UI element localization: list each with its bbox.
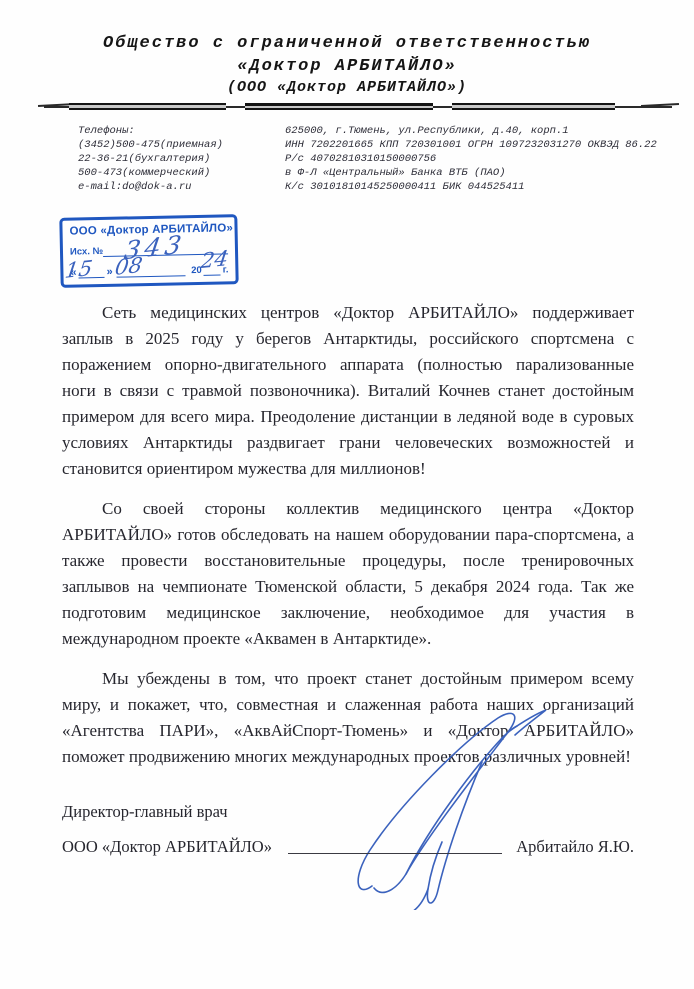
settlement-account: Р/с 40702810310150000756	[285, 152, 685, 166]
email: e-mail:do@dok-a.ru	[78, 180, 285, 194]
paragraph-1: Сеть медицинских центров «Доктор АРБИТАЙ…	[62, 300, 634, 482]
stamp-quote-close: »	[106, 266, 112, 278]
signer-org: ООО «Доктор АРБИТАЙЛО»	[62, 837, 272, 857]
handwritten-year: 24	[199, 246, 230, 273]
letter-page: Общество с ограниченной ответственностью…	[0, 0, 694, 989]
corr-account-bik: К/с 30101810145250000411 БИК 044525411	[285, 180, 685, 194]
phone-accounting: 22-36-21(бухгалтерия)	[78, 152, 285, 166]
phones-column: Телефоны: (3452)500-475(приемная) 22-36-…	[78, 124, 285, 194]
company-short-name: (ООО «Доктор АРБИТАЙЛО»)	[0, 79, 694, 96]
signature-line	[288, 840, 502, 854]
handwritten-day: 15	[63, 256, 94, 283]
inn-kpp-ogrn: ИНН 7202201665 КПП 720301001 ОГРН 109723…	[285, 138, 685, 152]
letterhead: Общество с ограниченной ответственностью…	[0, 0, 694, 96]
company-name: «Доктор АРБИТАЙЛО»	[0, 57, 694, 76]
paragraph-2: Со своей стороны коллектив медицинского …	[62, 496, 634, 652]
requisites-column: 625000, г.Тюмень, ул.Республики, д.40, к…	[285, 124, 685, 194]
signoff-block: Директор-главный врач ООО «Доктор АРБИТА…	[62, 802, 634, 857]
outgoing-stamp: ООО «Доктор АРБИТАЙЛО» Исх. № « » 20 г. …	[59, 214, 238, 288]
signer-name: Арбитайло Я.Ю.	[516, 837, 634, 857]
handwritten-month: 08	[113, 253, 144, 280]
divider-segment	[69, 103, 226, 110]
header-divider	[44, 102, 672, 112]
bank-name: в Ф-Л «Центральный» Банка ВТБ (ПАО)	[285, 166, 685, 180]
phones-label: Телефоны:	[78, 124, 285, 138]
postal-address: 625000, г.Тюмень, ул.Республики, д.40, к…	[285, 124, 685, 138]
phone-reception: (3452)500-475(приемная)	[78, 138, 285, 152]
signer-title: Директор-главный врач	[62, 802, 634, 822]
phone-commercial: 500-473(коммерческий)	[78, 166, 285, 180]
divider-segment	[245, 103, 433, 110]
divider-segment	[452, 103, 615, 110]
company-legal-form: Общество с ограниченной ответственностью	[0, 34, 694, 53]
contact-block: Телефоны: (3452)500-475(приемная) 22-36-…	[78, 124, 694, 194]
signature-row: ООО «Доктор АРБИТАЙЛО» Арбитайло Я.Ю.	[62, 837, 634, 857]
